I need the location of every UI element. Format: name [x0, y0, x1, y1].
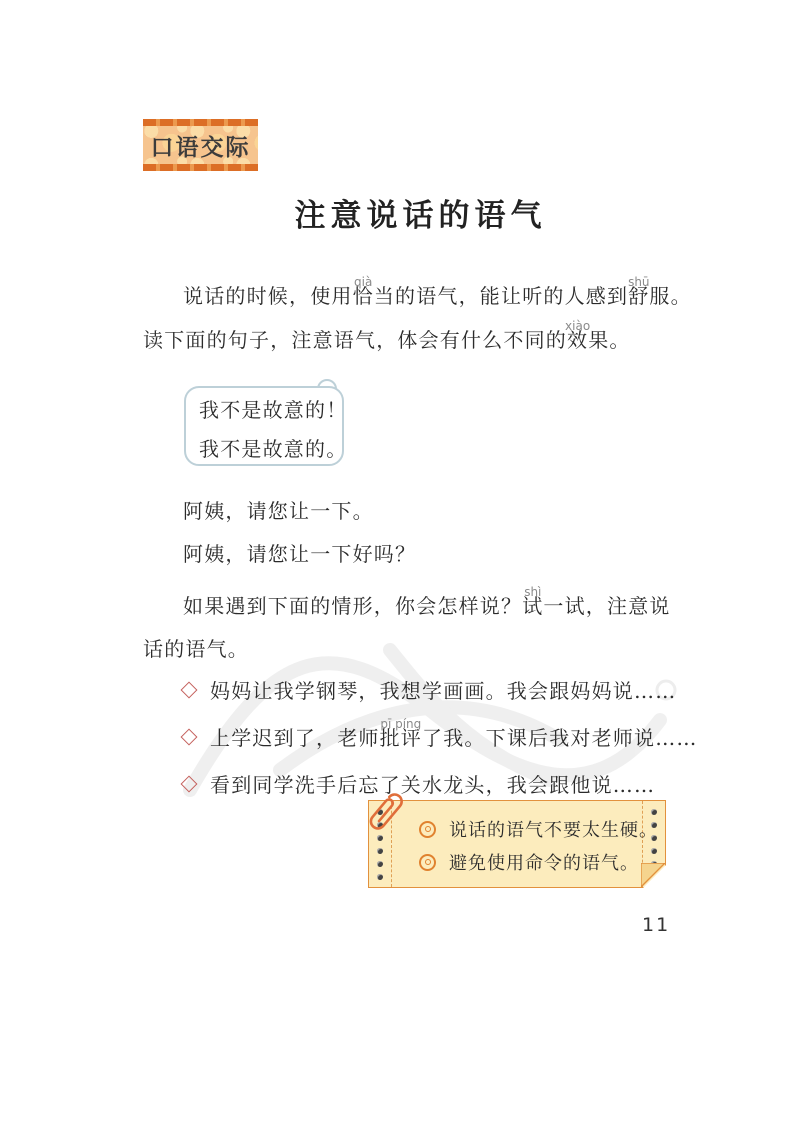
intro-line-1: 说话的时候，使用恰qià当的语气，能让听的人感到舒shū服。 — [183, 283, 692, 309]
note-item: 说话的语气不要太生硬。 — [419, 816, 658, 842]
diamond-bullet-icon — [181, 682, 198, 699]
speech-bubble: 我不是故意的！ 我不是故意的。 — [184, 386, 344, 466]
paperclip-icon — [360, 780, 410, 846]
ring-bullet-icon — [419, 854, 436, 871]
prompt-line-1: 如果遇到下面的情形，你会怎样说？试shì一试，注意说 — [183, 593, 671, 619]
scenario-text-1: 妈妈让我学钢琴，我想学画画。我会跟妈妈说…… — [210, 679, 676, 703]
intro-line-2: 读下面的句子，注意语气，体会有什么不同的效xiào果。 — [143, 327, 631, 353]
page-title: 注意说话的语气 — [143, 190, 688, 235]
tips-note-card: 说话的语气不要太生硬。 避免使用命令的语气。 — [368, 800, 666, 888]
request-line-1: 阿姨，请您让一下。 — [183, 498, 374, 524]
diamond-bullet-icon — [181, 729, 198, 746]
note-item-text-1: 说话的语气不要太生硬。 — [449, 816, 658, 842]
folded-corner — [641, 863, 665, 887]
textbook-page: 口语交际 注意说话的语气 说话的时候，使用恰qià当的语气，能让听的人感到舒sh… — [0, 0, 793, 1121]
prompt-line-2: 话的语气。 — [143, 636, 249, 662]
note-item-text-2: 避免使用命令的语气。 — [449, 849, 639, 875]
scenario-item: 看到同学洗手后忘了关水龙头，我会跟他说…… — [183, 772, 655, 798]
section-badge: 口语交际 — [143, 119, 258, 171]
bubble-line-2: 我不是故意的。 — [199, 436, 347, 462]
section-badge-label: 口语交际 — [151, 129, 251, 162]
bubble-line-1: 我不是故意的！ — [199, 397, 347, 423]
page-number: 11 — [642, 914, 670, 936]
scenario-item: 妈妈让我学钢琴，我想学画画。我会跟妈妈说…… — [183, 678, 676, 704]
request-line-2: 阿姨，请您让一下好吗？ — [183, 541, 416, 567]
scenario-text-2: 上学迟到了，老师批评pī píng了我。下课后我对老师说…… — [210, 726, 698, 750]
scenario-item: 上学迟到了，老师批评pī píng了我。下课后我对老师说…… — [183, 725, 698, 751]
note-item: 避免使用命令的语气。 — [419, 849, 639, 875]
diamond-bullet-icon — [181, 776, 198, 793]
ring-bullet-icon — [419, 821, 436, 838]
scenario-text-3: 看到同学洗手后忘了关水龙头，我会跟他说…… — [210, 773, 655, 797]
